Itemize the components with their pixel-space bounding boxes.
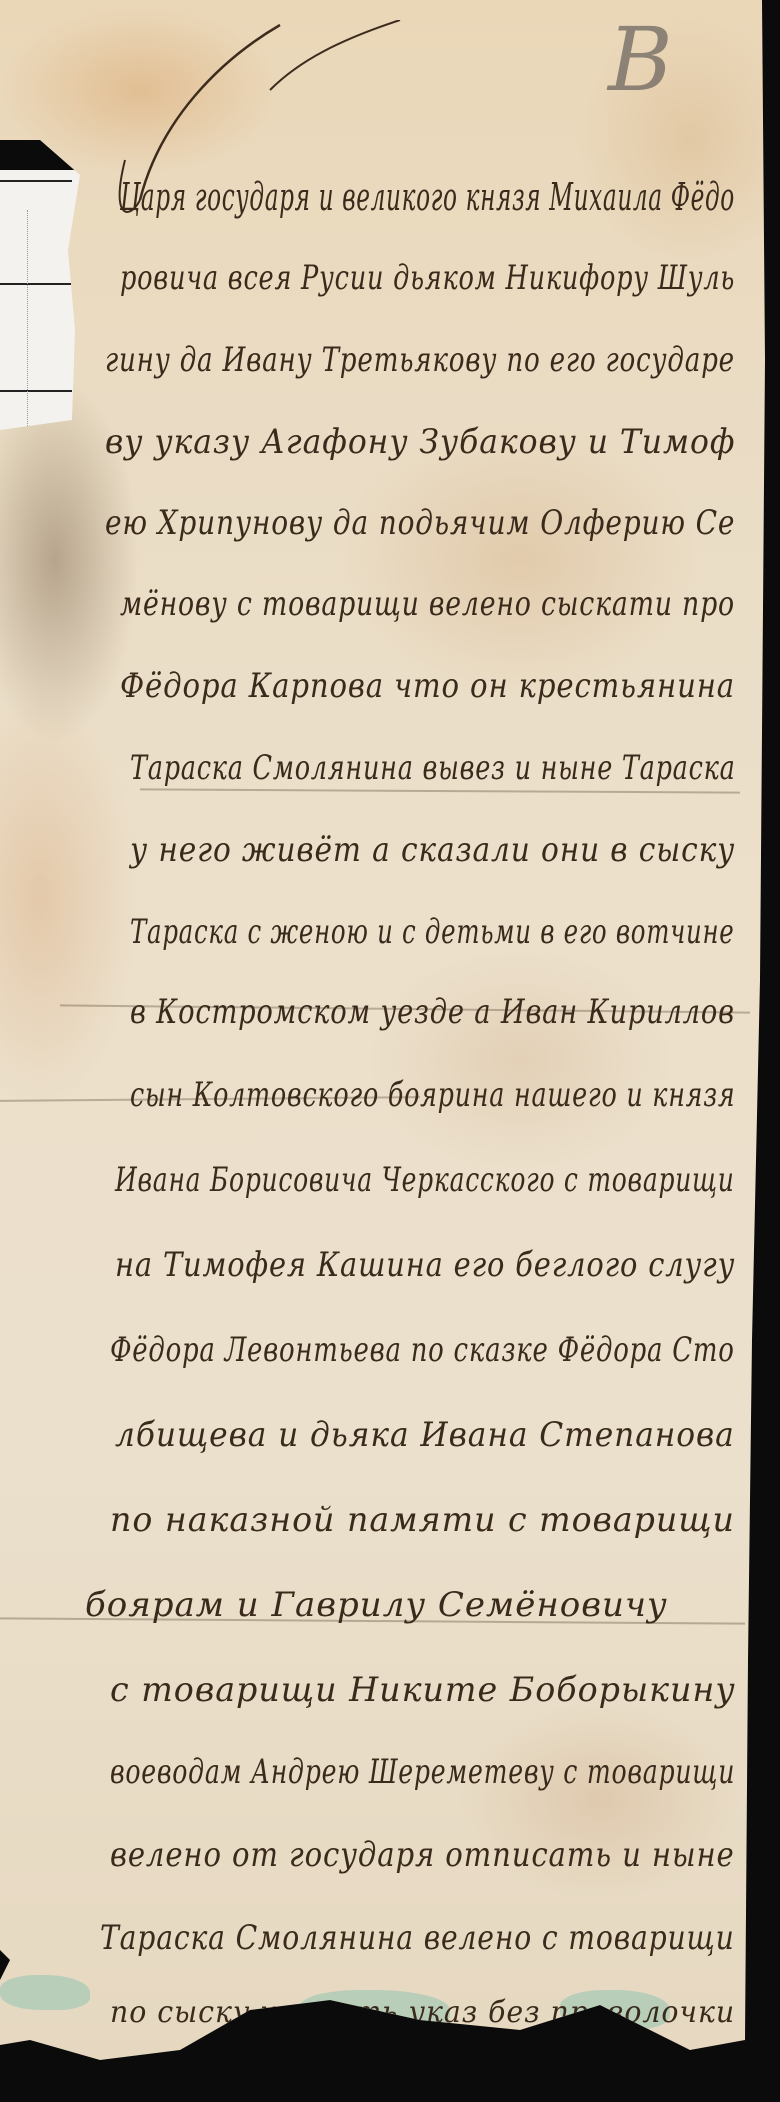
text-line: Тараска Смолянина велено с товарищи — [100, 1918, 735, 1958]
ruled-line — [0, 283, 72, 285]
text-line: на Тимофея Кашина его беглого слугу — [115, 1245, 735, 1285]
folio-number: В — [608, 8, 673, 111]
text-line: по сыску учинить указ без проволочки — [110, 1995, 735, 2030]
text-line: по наказной памяти с товарищи — [110, 1500, 735, 1540]
text-line: у него живёт а сказали они в сыску — [130, 830, 735, 870]
ruled-line — [0, 390, 72, 392]
text-line: Тараска с женою и с детьми в его вотчине — [130, 912, 734, 952]
text-line: Тараска Смолянина вывез и ныне Тараска — [130, 748, 736, 788]
fold-crease — [140, 788, 740, 793]
dotted-margin — [27, 210, 28, 440]
text-line: в Костромском уезде а Иван Кириллов — [130, 992, 735, 1032]
paper-loss — [0, 1975, 90, 2010]
text-line: ровича всея Русии дьяком Никифору Шуль — [120, 258, 735, 298]
text-line: гину да Ивану Третьякову по его государе — [105, 340, 735, 380]
text-line: Ивана Борисовича Черкасского с товарищи — [115, 1160, 735, 1200]
text-line: с товарищи Никите Боборыкину — [110, 1670, 736, 1710]
manuscript-scan: В Царя государя и великого князя Михаила… — [0, 0, 780, 2102]
text-line: Фёдора Карпова что он крестьянина — [120, 666, 735, 706]
manuscript-sheet: В Царя государя и великого князя Михаила… — [0, 0, 765, 2075]
text-line: сын Колтовского боярина нашего и князя — [130, 1075, 735, 1115]
text-line: боярам и Гаврилу Семёновичу — [85, 1585, 668, 1625]
text-line: ву указу Агафону Зубакову и Тимоф — [105, 422, 735, 462]
text-line: Фёдора Левонтьева по сказке Фёдора Сто — [110, 1330, 735, 1370]
text-line: Царя государя и великого князя Михаила Ф… — [120, 175, 735, 219]
text-line: ею Хрипунову да подьячим Олферию Се — [105, 503, 735, 543]
text-line: мёнову с товарищи велено сыскати про — [120, 584, 735, 624]
ruled-line — [0, 180, 72, 182]
text-line: велено от государя отписать и ныне — [110, 1835, 735, 1875]
text-line: лбищева и дьяка Ивана Степанова — [115, 1415, 735, 1455]
text-line: воеводам Андрею Шереметеву с товарищи — [110, 1752, 735, 1792]
